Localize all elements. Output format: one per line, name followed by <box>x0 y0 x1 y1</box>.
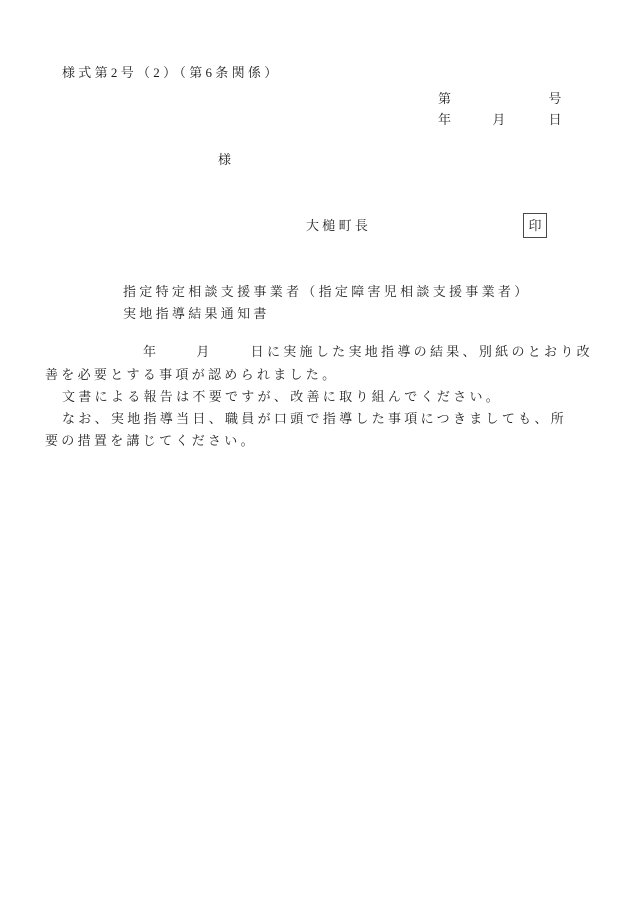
seal-label: 印 <box>528 219 541 232</box>
body-date-day-and-text: 日に実施した実地指導の結果、別紙のとおり改 <box>251 344 593 359</box>
addressee-honorific: 様 <box>218 153 234 166</box>
body-line-3: 文書による報告は不要ですが、改善に取り組んでください。 <box>62 390 502 403</box>
doc-number-suffix: 号 <box>548 91 564 106</box>
body-line-4: なお、実地指導当日、職員が口頭で指導した事項につきましても、所 <box>62 412 567 425</box>
date-line: 年月日 <box>438 113 565 126</box>
body-date-day-label: 日 <box>251 344 267 359</box>
date-year-label: 年 <box>438 112 454 127</box>
body-date-year-label: 年 <box>143 344 159 359</box>
subject-line-2: 実地指導結果通知書 <box>123 307 270 320</box>
document-page: 様式第2号（2）（第6条関係） 第号 年月日 様 大槌町長 印 指定特定相談支援… <box>0 0 630 903</box>
seal-box: 印 <box>523 213 547 238</box>
date-day-label: 日 <box>549 112 565 127</box>
subject-line-1: 指定特定相談支援事業者（指定障害児相談支援事業者） <box>123 285 531 298</box>
body-line-2: 善を必要とする事項が認められました。 <box>45 368 338 381</box>
body-line-5: 要の措置を講じてください。 <box>45 434 257 447</box>
body-line-1: 年月日に実施した実地指導の結果、別紙のとおり改 <box>143 345 593 358</box>
doc-number-prefix: 第 <box>438 91 454 106</box>
doc-number-line: 第号 <box>438 92 565 105</box>
date-month-label: 月 <box>492 112 508 127</box>
body-line-1-rest: に実施した実地指導の結果、別紙のとおり改 <box>267 344 593 359</box>
form-reference: 様式第2号（2）（第6条関係） <box>62 66 281 79</box>
sender-title: 大槌町長 <box>306 219 371 232</box>
body-date-month-label: 月 <box>196 344 212 359</box>
